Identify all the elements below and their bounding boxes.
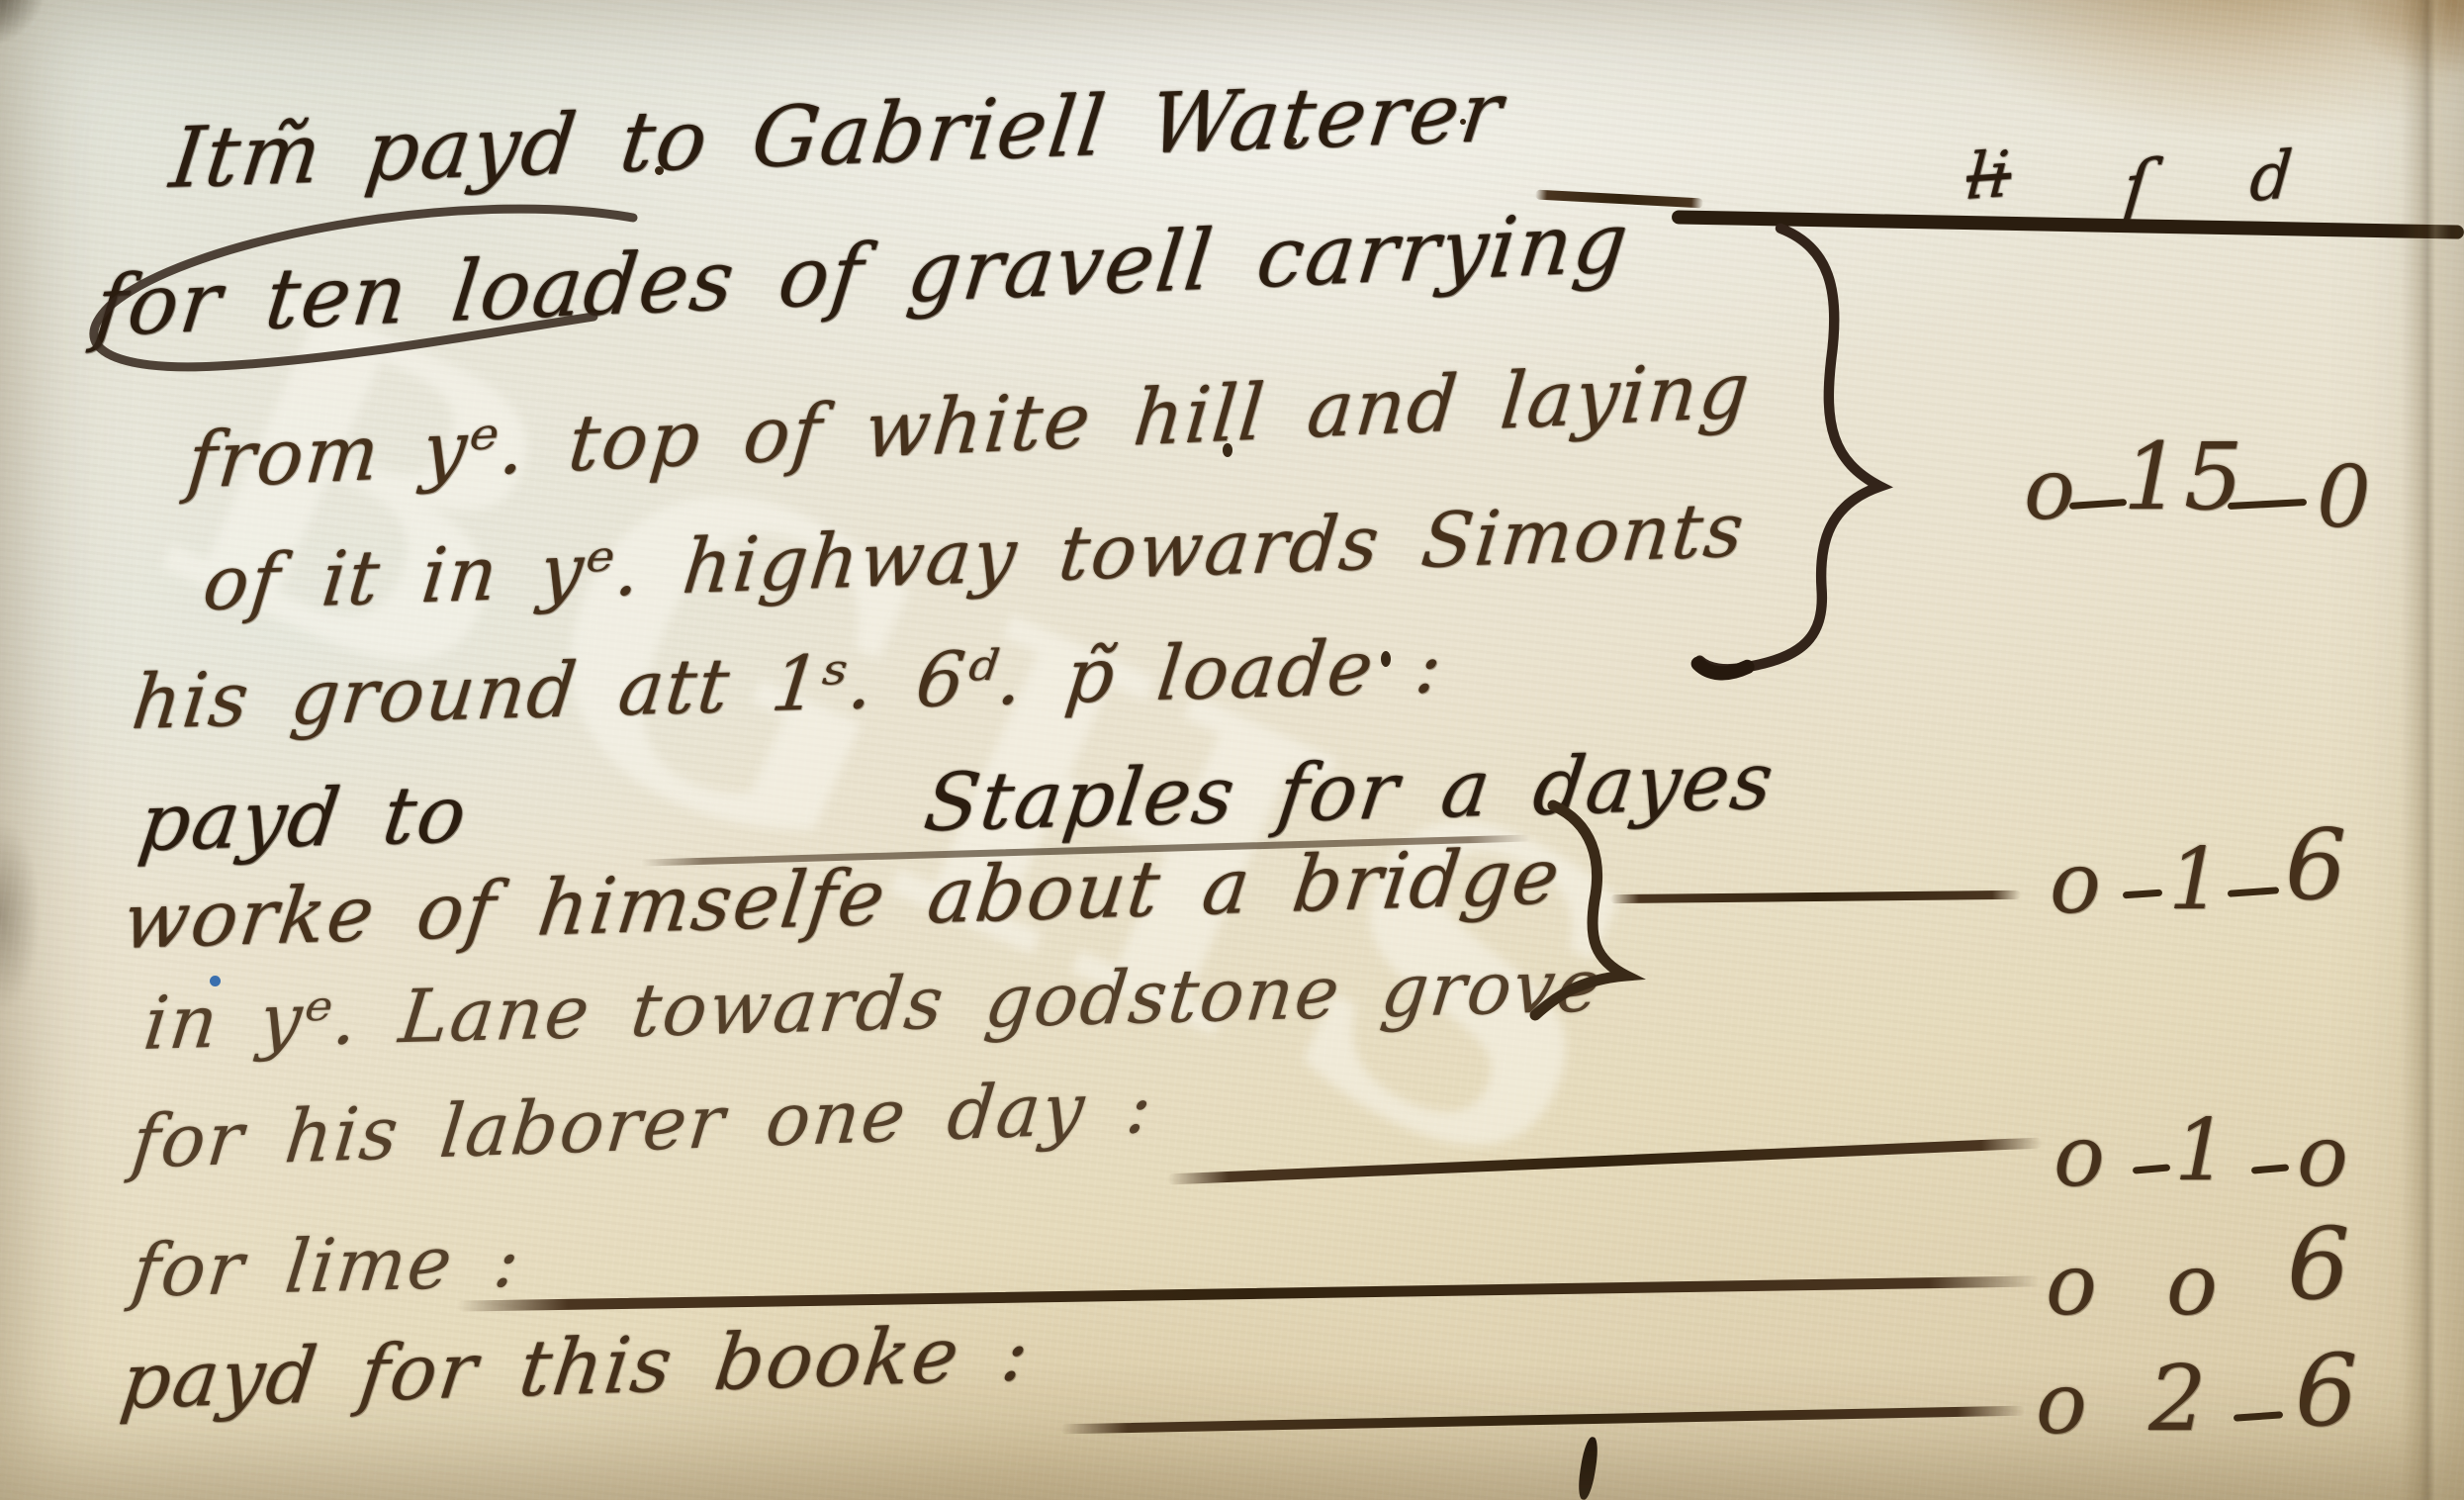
manuscript-page: BGHS li ſ d Itm̃ payd to Gabriell Watere… <box>0 0 2464 1500</box>
page-crease <box>2402 0 2451 1500</box>
entry1-line4: of it in yᵉ. highway towards Simonts <box>200 492 1749 621</box>
entry5-amount-dash <box>2234 1411 2283 1421</box>
entry2-line3: in yᵉ. Lane towards godstone grove <box>140 949 1606 1061</box>
entry1-amount-shillings: 15 <box>2123 431 2245 524</box>
column-header-shillings: ſ <box>2119 150 2155 228</box>
entry1-curly-brace <box>1693 166 1931 740</box>
entry5-amount-shillings: 2 <box>2148 1354 2209 1445</box>
entry5-amount-pence: 6 <box>2295 1342 2360 1441</box>
entry1-line1: Itm̃ payd to Gabriell Waterer <box>166 70 1507 200</box>
entry1-amount-pounds: o <box>2024 447 2077 532</box>
entry2-line1b: Staples for a dayes <box>920 741 1780 843</box>
entry3-amount-dash <box>2133 1164 2170 1173</box>
column-header-pence: d <box>2247 141 2297 212</box>
entry4-amount-shillings: o <box>2166 1243 2220 1328</box>
entry5-line: payd for this booke : <box>117 1315 1035 1421</box>
entry5-amount-pounds: o <box>2036 1361 2089 1447</box>
entry2-amount-pounds: o <box>2050 841 2103 926</box>
entry2-line1a: payd to <box>135 775 473 863</box>
entry4-line: for lime : <box>129 1224 525 1308</box>
entry1-amount-dash <box>2069 499 2127 510</box>
entry4-amount-pounds: o <box>2046 1243 2099 1328</box>
entry1-line2: for ten loades of gravell carrying <box>91 201 1634 348</box>
entry3-amount-shillings: 1 <box>2174 1108 2231 1193</box>
entry4-leader-dash <box>457 1275 2040 1311</box>
entry1-amount-pence: 0 <box>2317 455 2373 540</box>
entry2-amount-dash <box>2228 887 2279 897</box>
column-header-pounds: li <box>1964 142 2013 210</box>
entry3-amount-pounds: o <box>2053 1114 2107 1199</box>
entry1-line5: his ground att 1ˢ. 6ᵈ. p̃ loade : <box>129 628 1447 740</box>
entry2-leader-dash <box>1610 891 2021 903</box>
entry3-line: for his laborer one day : <box>129 1071 1157 1179</box>
entry2-amount-dash <box>2123 890 2162 899</box>
entry3-leader-dash <box>1167 1137 2043 1184</box>
entry3-amount-pence: o <box>2297 1114 2350 1199</box>
entry3-amount-dash <box>2251 1164 2289 1173</box>
bottom-ink-mark <box>1576 1436 1600 1500</box>
entry2-amount-pence: 6 <box>2285 817 2348 914</box>
entry1-line3: from yᵉ. top of white hill and laying <box>184 352 1754 501</box>
entry5-leader-dash <box>1060 1406 2025 1435</box>
entry2-amount-shillings: 1 <box>2168 837 2225 922</box>
header-rule <box>1672 210 2464 238</box>
entry4-amount-pence: 6 <box>2287 1215 2352 1314</box>
